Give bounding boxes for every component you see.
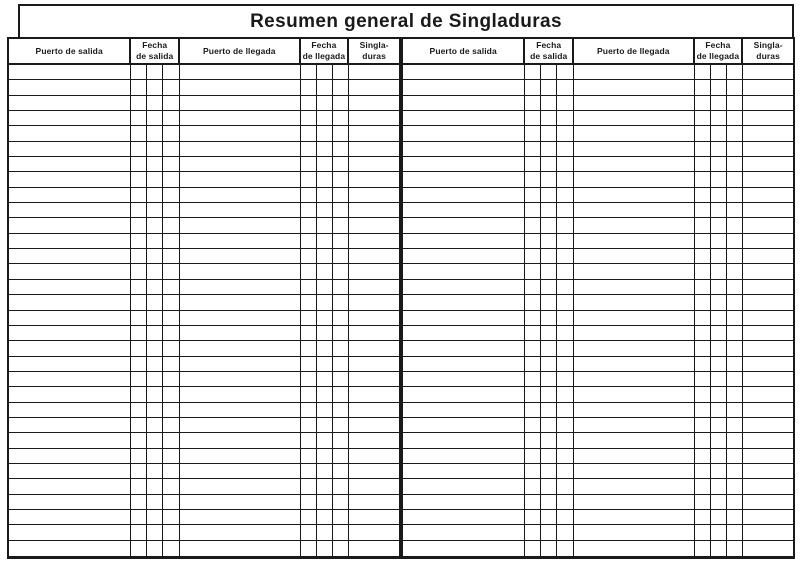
col-header-fecha-salida-line1: Fecha	[142, 40, 167, 51]
empty-cell	[541, 157, 557, 172]
empty-cell	[403, 418, 525, 433]
empty-cell	[317, 357, 333, 372]
empty-cell	[574, 357, 694, 372]
empty-cell	[163, 264, 180, 279]
empty-cell	[333, 218, 349, 233]
empty-cell	[9, 525, 131, 540]
empty-cell	[9, 264, 131, 279]
empty-cell	[711, 525, 727, 540]
empty-cell	[333, 126, 349, 141]
empty-cell	[541, 357, 557, 372]
empty-cell	[727, 111, 743, 126]
col-header-fecha-llegada-line1: Fecha	[705, 40, 730, 51]
empty-cell	[403, 142, 525, 157]
empty-cell	[349, 464, 399, 479]
empty-cell	[147, 541, 163, 556]
table-panel-right: Puerto de salida Fecha de salida Puerto …	[403, 39, 793, 556]
col-header-fecha-salida: Fecha de salida	[131, 39, 180, 63]
empty-cell	[727, 280, 743, 295]
empty-cell	[403, 341, 525, 356]
empty-cell	[131, 234, 147, 249]
empty-cell	[163, 464, 180, 479]
empty-cell	[349, 249, 399, 264]
empty-cell	[301, 541, 318, 556]
empty-cell	[147, 357, 163, 372]
empty-cell	[9, 510, 131, 525]
empty-cell	[131, 126, 147, 141]
empty-cell	[743, 249, 793, 264]
empty-cell	[557, 96, 574, 111]
empty-cell	[711, 341, 727, 356]
empty-cell	[317, 264, 333, 279]
empty-cell	[541, 111, 557, 126]
form-title-band: Resumen general de Singladuras	[18, 4, 794, 37]
empty-cell	[317, 126, 333, 141]
empty-cell	[147, 111, 163, 126]
empty-cell	[147, 234, 163, 249]
empty-cell	[557, 234, 574, 249]
empty-cell	[727, 495, 743, 510]
empty-cell	[163, 142, 180, 157]
empty-cell	[541, 295, 557, 310]
empty-cell	[541, 280, 557, 295]
empty-cell	[711, 249, 727, 264]
empty-cell	[131, 433, 147, 448]
empty-cell	[711, 510, 727, 525]
empty-cell	[333, 111, 349, 126]
empty-cell	[525, 65, 541, 80]
empty-cell	[574, 172, 694, 187]
empty-cell	[131, 326, 147, 341]
empty-cell	[557, 449, 574, 464]
empty-cell	[695, 218, 712, 233]
empty-cell	[9, 372, 131, 387]
empty-cell	[727, 188, 743, 203]
empty-cell	[301, 525, 318, 540]
empty-cell	[403, 172, 525, 187]
empty-cell	[9, 341, 131, 356]
empty-cell	[317, 249, 333, 264]
empty-cell	[9, 111, 131, 126]
empty-cell	[695, 280, 712, 295]
empty-cell	[180, 80, 300, 95]
empty-cell	[349, 341, 399, 356]
empty-cell	[131, 188, 147, 203]
empty-cell	[743, 142, 793, 157]
empty-cell	[403, 111, 525, 126]
empty-cell	[541, 449, 557, 464]
empty-cell	[557, 295, 574, 310]
col-header-singladuras: Singla- duras	[743, 39, 793, 63]
empty-cell	[147, 80, 163, 95]
empty-cell	[574, 142, 694, 157]
empty-cell	[541, 433, 557, 448]
empty-cell	[695, 65, 712, 80]
empty-cell	[333, 510, 349, 525]
empty-cell	[9, 142, 131, 157]
empty-cell	[349, 172, 399, 187]
empty-cell	[541, 80, 557, 95]
empty-cell	[541, 372, 557, 387]
empty-cell	[727, 80, 743, 95]
empty-cell	[743, 372, 793, 387]
empty-cell	[541, 142, 557, 157]
empty-cell	[301, 418, 318, 433]
empty-cell	[695, 311, 712, 326]
empty-cell	[541, 311, 557, 326]
empty-cell	[743, 172, 793, 187]
empty-cell	[9, 188, 131, 203]
empty-cell	[711, 172, 727, 187]
empty-cell	[557, 172, 574, 187]
empty-cell	[711, 126, 727, 141]
empty-cell	[147, 157, 163, 172]
empty-cell	[525, 449, 541, 464]
empty-cell	[525, 157, 541, 172]
empty-cell	[525, 172, 541, 187]
empty-cell	[695, 234, 712, 249]
empty-cell	[695, 188, 712, 203]
empty-cell	[574, 479, 694, 494]
empty-cell	[163, 525, 180, 540]
empty-cell	[743, 464, 793, 479]
empty-cell	[301, 311, 318, 326]
empty-cell	[349, 264, 399, 279]
empty-cell	[574, 188, 694, 203]
empty-cell	[349, 311, 399, 326]
empty-cell	[743, 311, 793, 326]
empty-cell	[349, 111, 399, 126]
empty-cell	[163, 96, 180, 111]
empty-cell	[317, 311, 333, 326]
empty-cell	[403, 449, 525, 464]
empty-cell	[180, 510, 300, 525]
empty-cell	[743, 418, 793, 433]
empty-cell	[333, 495, 349, 510]
empty-cell	[317, 111, 333, 126]
empty-cell	[743, 449, 793, 464]
empty-cell	[163, 311, 180, 326]
empty-cell	[525, 142, 541, 157]
empty-cell	[574, 96, 694, 111]
empty-cell	[727, 203, 743, 218]
empty-cell	[525, 126, 541, 141]
empty-cell	[525, 96, 541, 111]
empty-cell	[163, 234, 180, 249]
empty-cell	[349, 387, 399, 402]
empty-cell	[147, 203, 163, 218]
empty-cell	[711, 203, 727, 218]
empty-cell	[574, 157, 694, 172]
empty-cell	[147, 341, 163, 356]
col-header-singladuras: Singla- duras	[349, 39, 399, 63]
empty-cell	[574, 203, 694, 218]
empty-cell	[695, 449, 712, 464]
empty-cell	[349, 203, 399, 218]
empty-cell	[163, 403, 180, 418]
table-body-right	[403, 65, 793, 556]
empty-cell	[333, 464, 349, 479]
empty-cell	[695, 111, 712, 126]
empty-cell	[695, 96, 712, 111]
empty-cell	[557, 264, 574, 279]
empty-cell	[301, 126, 318, 141]
empty-cell	[525, 111, 541, 126]
empty-cell	[695, 525, 712, 540]
empty-cell	[403, 541, 525, 556]
empty-cell	[163, 172, 180, 187]
empty-cell	[541, 234, 557, 249]
empty-cell	[131, 541, 147, 556]
empty-cell	[147, 126, 163, 141]
empty-cell	[333, 157, 349, 172]
empty-cell	[9, 387, 131, 402]
empty-cell	[333, 387, 349, 402]
empty-cell	[349, 525, 399, 540]
empty-cell	[163, 433, 180, 448]
empty-cell	[541, 218, 557, 233]
empty-cell	[711, 295, 727, 310]
empty-cell	[574, 295, 694, 310]
empty-cell	[333, 372, 349, 387]
empty-cell	[349, 142, 399, 157]
empty-cell	[403, 326, 525, 341]
empty-cell	[9, 172, 131, 187]
empty-cell	[557, 418, 574, 433]
empty-cell	[743, 479, 793, 494]
empty-cell	[695, 172, 712, 187]
empty-cell	[403, 218, 525, 233]
empty-cell	[695, 142, 712, 157]
empty-cell	[695, 418, 712, 433]
empty-cell	[727, 142, 743, 157]
empty-cell	[131, 464, 147, 479]
empty-cell	[403, 295, 525, 310]
empty-cell	[557, 510, 574, 525]
empty-cell	[727, 510, 743, 525]
empty-cell	[131, 218, 147, 233]
empty-cell	[180, 341, 300, 356]
empty-cell	[574, 372, 694, 387]
empty-cell	[695, 464, 712, 479]
empty-cell	[711, 372, 727, 387]
empty-cell	[574, 403, 694, 418]
empty-cell	[557, 203, 574, 218]
empty-cell	[163, 326, 180, 341]
empty-cell	[147, 525, 163, 540]
empty-cell	[695, 295, 712, 310]
empty-cell	[727, 264, 743, 279]
empty-cell	[9, 418, 131, 433]
empty-cell	[180, 157, 300, 172]
form-title: Resumen general de Singladuras	[250, 11, 562, 33]
empty-cell	[333, 80, 349, 95]
empty-cell	[180, 264, 300, 279]
empty-cell	[727, 218, 743, 233]
empty-cell	[317, 96, 333, 111]
empty-cell	[525, 218, 541, 233]
empty-cell	[525, 234, 541, 249]
empty-cell	[574, 280, 694, 295]
empty-cell	[163, 510, 180, 525]
empty-cell	[727, 372, 743, 387]
empty-cell	[574, 218, 694, 233]
empty-cell	[525, 357, 541, 372]
empty-cell	[574, 464, 694, 479]
empty-cell	[301, 111, 318, 126]
empty-cell	[163, 111, 180, 126]
empty-cell	[333, 403, 349, 418]
empty-cell	[180, 234, 300, 249]
empty-cell	[711, 218, 727, 233]
empty-cell	[349, 280, 399, 295]
empty-cell	[727, 464, 743, 479]
empty-cell	[711, 541, 727, 556]
empty-cell	[317, 403, 333, 418]
empty-cell	[180, 479, 300, 494]
empty-cell	[574, 80, 694, 95]
empty-cell	[301, 357, 318, 372]
empty-cell	[743, 326, 793, 341]
empty-cell	[349, 449, 399, 464]
empty-cell	[147, 372, 163, 387]
empty-cell	[163, 249, 180, 264]
empty-cell	[743, 80, 793, 95]
empty-cell	[525, 387, 541, 402]
empty-cell	[541, 249, 557, 264]
empty-cell	[349, 372, 399, 387]
empty-cell	[541, 464, 557, 479]
empty-cell	[317, 203, 333, 218]
empty-cell	[349, 479, 399, 494]
empty-cell	[727, 96, 743, 111]
empty-cell	[727, 249, 743, 264]
empty-cell	[525, 249, 541, 264]
empty-cell	[147, 65, 163, 80]
empty-cell	[574, 264, 694, 279]
empty-cell	[317, 495, 333, 510]
empty-cell	[525, 541, 541, 556]
empty-cell	[743, 295, 793, 310]
empty-cell	[557, 142, 574, 157]
empty-cell	[403, 80, 525, 95]
empty-cell	[301, 172, 318, 187]
empty-cell	[557, 541, 574, 556]
empty-cell	[695, 541, 712, 556]
col-header-fecha-llegada-line1: Fecha	[311, 40, 336, 51]
empty-cell	[333, 188, 349, 203]
empty-cell	[317, 341, 333, 356]
empty-cell	[403, 495, 525, 510]
empty-cell	[711, 311, 727, 326]
empty-cell	[711, 234, 727, 249]
empty-cell	[180, 203, 300, 218]
empty-cell	[301, 249, 318, 264]
empty-cell	[317, 188, 333, 203]
empty-cell	[317, 326, 333, 341]
empty-cell	[147, 142, 163, 157]
empty-cell	[743, 234, 793, 249]
empty-cell	[9, 541, 131, 556]
empty-cell	[317, 449, 333, 464]
empty-cell	[711, 418, 727, 433]
table-panel-left: Puerto de salida Fecha de salida Puerto …	[9, 39, 399, 556]
empty-cell	[727, 449, 743, 464]
empty-cell	[743, 525, 793, 540]
empty-cell	[727, 357, 743, 372]
empty-cell	[557, 525, 574, 540]
col-header-fecha-salida-line2: de salida	[530, 51, 567, 62]
empty-cell	[317, 280, 333, 295]
empty-cell	[180, 326, 300, 341]
empty-cell	[403, 264, 525, 279]
empty-cell	[541, 172, 557, 187]
col-header-puerto-llegada: Puerto de llegada	[574, 39, 694, 63]
empty-cell	[317, 157, 333, 172]
empty-cell	[333, 280, 349, 295]
empty-cell	[557, 464, 574, 479]
empty-cell	[525, 479, 541, 494]
empty-cell	[163, 203, 180, 218]
empty-cell	[743, 111, 793, 126]
empty-cell	[711, 111, 727, 126]
empty-cell	[163, 126, 180, 141]
empty-cell	[574, 126, 694, 141]
col-header-puerto-llegada: Puerto de llegada	[180, 39, 300, 63]
empty-cell	[557, 111, 574, 126]
empty-cell	[525, 418, 541, 433]
empty-cell	[301, 203, 318, 218]
empty-cell	[403, 65, 525, 80]
empty-cell	[541, 525, 557, 540]
empty-cell	[525, 280, 541, 295]
empty-cell	[131, 157, 147, 172]
empty-cell	[131, 479, 147, 494]
empty-cell	[557, 218, 574, 233]
empty-cell	[403, 525, 525, 540]
empty-cell	[743, 96, 793, 111]
empty-cell	[301, 341, 318, 356]
empty-cell	[333, 479, 349, 494]
empty-cell	[301, 433, 318, 448]
empty-cell	[574, 234, 694, 249]
empty-cell	[574, 387, 694, 402]
empty-cell	[403, 157, 525, 172]
empty-cell	[711, 479, 727, 494]
empty-cell	[317, 218, 333, 233]
empty-cell	[403, 234, 525, 249]
empty-cell	[557, 479, 574, 494]
empty-cell	[711, 449, 727, 464]
empty-cell	[695, 479, 712, 494]
empty-cell	[301, 295, 318, 310]
empty-cell	[541, 126, 557, 141]
empty-cell	[541, 387, 557, 402]
empty-cell	[557, 126, 574, 141]
empty-cell	[349, 218, 399, 233]
empty-cell	[403, 403, 525, 418]
empty-cell	[711, 495, 727, 510]
empty-cell	[574, 418, 694, 433]
empty-cell	[403, 188, 525, 203]
empty-cell	[147, 264, 163, 279]
empty-cell	[695, 403, 712, 418]
empty-cell	[180, 280, 300, 295]
empty-cell	[557, 280, 574, 295]
empty-cell	[333, 249, 349, 264]
empty-cell	[301, 188, 318, 203]
empty-cell	[131, 372, 147, 387]
